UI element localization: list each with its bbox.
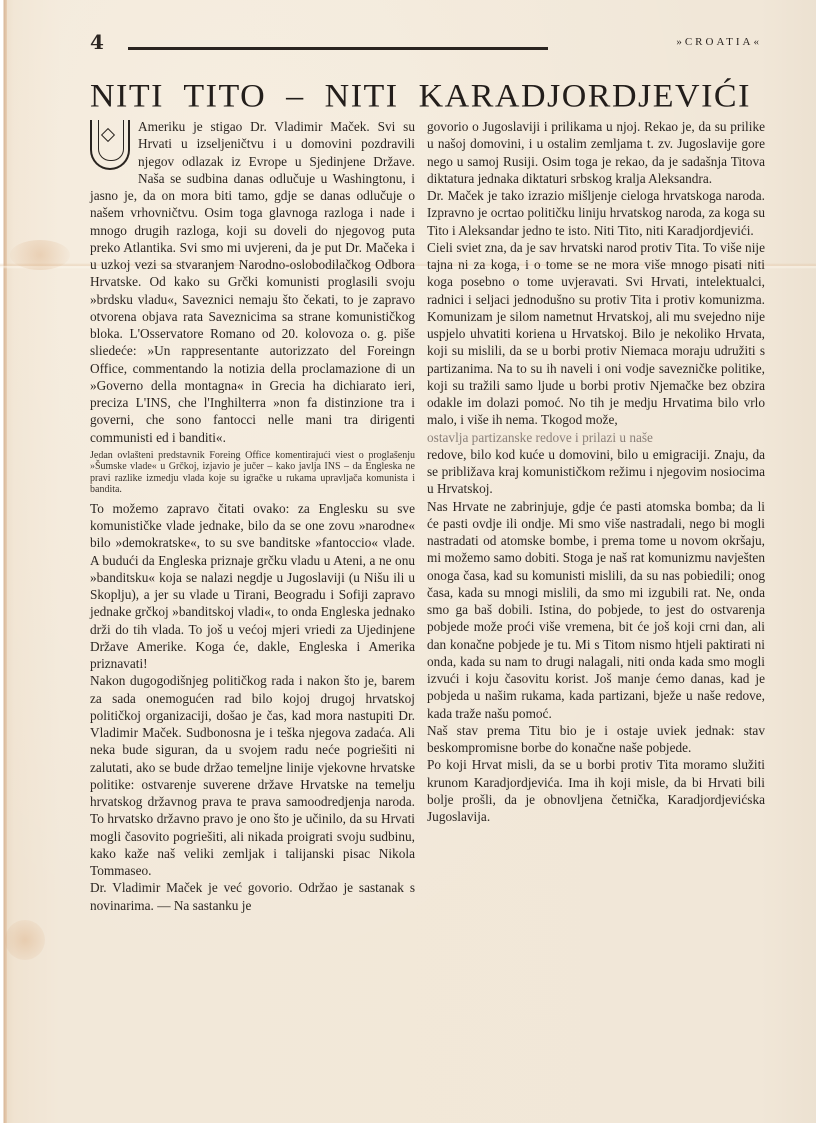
article-headline: NITI TITO – NITI KARADJORDJEVIĆI xyxy=(90,79,770,115)
paragraph: Naš stav prema Titu bio je i ostaje uvie… xyxy=(427,722,765,757)
right-column: govorio o Jugoslaviji i prilikama u njoj… xyxy=(427,118,765,825)
left-column: Ameriku je stigao Dr. Vladimir Maček. Sv… xyxy=(90,118,415,914)
header-rule xyxy=(128,47,548,50)
lead-paragraph-text: Ameriku je stigao Dr. Vladimir Maček. Sv… xyxy=(90,119,415,445)
paragraph: Po koji Hrvat misli, da se u borbi proti… xyxy=(427,756,765,825)
page-edge xyxy=(0,0,7,1123)
newspaper-page: 4 »CROATIA« NITI TITO – NITI KARADJORDJE… xyxy=(0,0,816,1123)
drop-cap-u-icon xyxy=(90,120,130,170)
paragraph: Cieli sviet zna, da je sav hrvatski naro… xyxy=(427,239,765,429)
paragraph: redove, bilo kod kuće u domovini, bilo u… xyxy=(427,446,765,498)
paragraph: To možemo zapravo čitati ovako: za Engle… xyxy=(90,500,415,673)
page-number: 4 xyxy=(90,30,104,54)
paper-stain xyxy=(5,920,45,960)
paragraph: Nakon dugogodišnjeg političkog rada i na… xyxy=(90,672,415,879)
paragraph: Ameriku je stigao Dr. Vladimir Maček. Sv… xyxy=(90,118,415,446)
page-header: 4 »CROATIA« xyxy=(90,30,762,56)
translation-note: Jedan ovlašteni predstavnik Foreing Offi… xyxy=(90,450,415,496)
paragraph: Nas Hrvate ne zabrinjuje, gdje će pasti … xyxy=(427,498,765,722)
paragraph: Dr. Vladimir Maček je već govorio. Održa… xyxy=(90,879,415,914)
paper-stain xyxy=(10,240,70,270)
faded-line: ostavlja partizanske redove i prilazi u … xyxy=(427,429,765,446)
paragraph: govorio o Jugoslaviji i prilikama u njoj… xyxy=(427,118,765,187)
paragraph: Dr. Maček je tako izrazio mišljenje ciel… xyxy=(427,187,765,239)
publication-name: »CROATIA« xyxy=(676,36,762,48)
